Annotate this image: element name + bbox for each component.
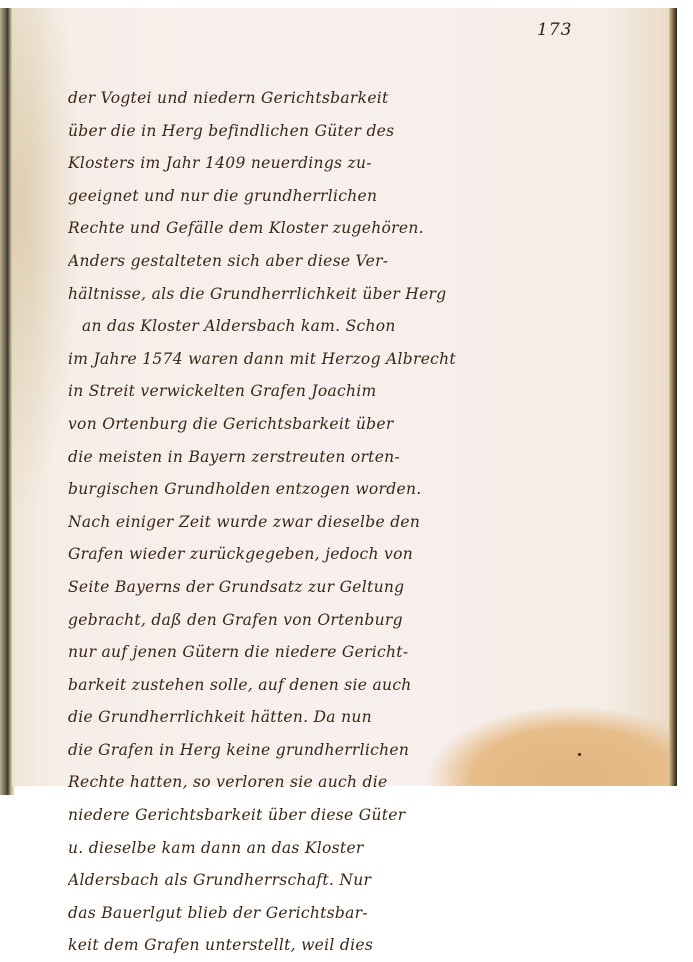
text-line: gebracht, daß den Grafen von Ortenburg: [68, 604, 508, 637]
text-line: nur auf jenen Gütern die niedere Gericht…: [68, 636, 508, 669]
text-line: im Jahre 1574 waren dann mit Herzog Albr…: [68, 343, 508, 376]
text-line: barkeit zustehen solle, auf denen sie au…: [68, 669, 508, 702]
ink-speck: [578, 753, 581, 756]
text-line: Grafen wieder zurückgegeben, jedoch von: [68, 538, 508, 571]
text-line: Rechte hatten, so verloren sie auch die: [68, 766, 508, 799]
text-line: in Streit verwickelten Grafen Joachim: [68, 375, 508, 408]
text-line: hältnisse, als die Grundherrlichkeit übe…: [68, 278, 508, 311]
page-edge: [669, 8, 677, 786]
scanned-manuscript: 173 der Vogtei und niedern Gerichtsbarke…: [0, 0, 693, 800]
handwritten-text-block: der Vogtei und niedern Gerichtsbarkeit ü…: [68, 82, 508, 800]
text-line: an das Kloster Aldersbach kam. Schon: [68, 310, 508, 343]
text-line: Nach einiger Zeit wurde zwar dieselbe de…: [68, 506, 508, 539]
page-number: 173: [537, 20, 572, 40]
text-line: die Grafen in Herg keine grundherrlichen: [68, 734, 508, 767]
text-line: Seite Bayerns der Grundsatz zur Geltung: [68, 571, 508, 604]
text-line: geeignet und nur die grundherrlichen: [68, 180, 508, 213]
text-line: burgischen Grundholden entzogen worden.: [68, 473, 508, 506]
text-line: der Vogtei und niedern Gerichtsbarkeit: [68, 82, 508, 115]
text-line: die Grundherrlichkeit hätten. Da nun: [68, 701, 508, 734]
text-line: die meisten in Bayern zerstreuten orten-: [68, 441, 508, 474]
text-line: Klosters im Jahr 1409 neuerdings zu-: [68, 147, 508, 180]
text-line: über die in Herg befindlichen Güter des: [68, 115, 508, 148]
text-line: von Ortenburg die Gerichtsbarkeit über: [68, 408, 508, 441]
text-line: Rechte und Gefälle dem Kloster zugehören…: [68, 212, 508, 245]
text-line: Anders gestalteten sich aber diese Ver-: [68, 245, 508, 278]
